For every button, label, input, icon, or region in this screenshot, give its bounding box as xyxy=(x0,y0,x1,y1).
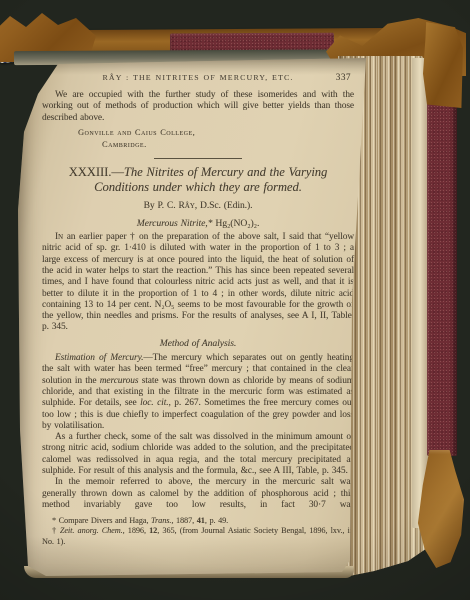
paragraph-lead: In xyxy=(55,232,63,242)
method-heading: Method of Analysis. xyxy=(42,338,354,349)
byline: By P. C. Rây, D.Sc. (Edin.). xyxy=(42,201,354,212)
section-divider xyxy=(154,158,242,159)
signature-block: Gonville and Caius College, Cambridge. xyxy=(42,127,354,151)
footnotes: * Compare Divers and Haga, Trans., 1887,… xyxy=(42,516,354,547)
book-page: RÂY : THE NITRITES OF MERCURY, ETC.337 W… xyxy=(16,54,368,578)
running-head-title: RÂY : THE NITRITES OF MERCURY, ETC. xyxy=(102,73,293,82)
page-number: 337 xyxy=(336,72,351,83)
byline-pre: By P. C. xyxy=(144,201,179,211)
book-cover-maroon-edge-right xyxy=(427,96,457,456)
byline-post: , D.Sc. (Edin.). xyxy=(195,201,253,211)
page-content: RÂY : THE NITRITES OF MERCURY, ETC.337 W… xyxy=(42,72,354,547)
author-name: Rây xyxy=(178,201,194,211)
footnote-1: * Compare Divers and Haga, Trans., 1887,… xyxy=(42,516,354,526)
chemical-formula: Hg₂(NO₂)₂. xyxy=(215,218,259,229)
footnote-1-volume: 41 xyxy=(197,516,205,525)
footnote-1-t1: * Compare Divers and Haga, xyxy=(52,516,151,525)
estimation-lead: Estimation of Mercury. xyxy=(55,353,143,363)
estimation-it1: mercurous xyxy=(100,376,139,386)
footnote-1-t2: 1887, xyxy=(173,516,196,525)
footnote-2-t1: † xyxy=(52,526,60,535)
footnote-2-t2: 1896, xyxy=(125,526,150,535)
footnote-2-journal: Zeit. anorg. Chem., xyxy=(60,526,125,535)
book-photo: RÂY : THE NITRITES OF MERCURY, ETC.337 W… xyxy=(0,0,470,600)
signature-college: Gonville and Caius College, xyxy=(78,127,354,138)
running-head: RÂY : THE NITRITES OF MERCURY, ETC.337 xyxy=(42,72,354,83)
footnote-2: † Zeit. anorg. Chem., 1896, 12, 365, (fr… xyxy=(42,526,354,546)
paragraph-intro: In an earlier paper † on the preparation… xyxy=(42,232,354,334)
endpaper-edge xyxy=(412,58,428,528)
signature-city: Cambridge. xyxy=(102,139,354,150)
paragraph-check: As a further check, some of the salt was… xyxy=(42,432,354,477)
article-title-text: The Nitrites of Mercury and the Varying … xyxy=(94,165,327,194)
footnote-1-t3: , p. 49. xyxy=(205,516,228,525)
article-number: XXXIII.— xyxy=(69,165,124,179)
footnote-1-journal: Trans., xyxy=(151,516,173,525)
leather-corner-top-right xyxy=(423,22,463,108)
paragraph-intro-text: an earlier paper † on the preparation of… xyxy=(42,232,354,332)
paragraph-yields: We are occupied with the further study o… xyxy=(42,90,354,124)
paragraph-memoir: In the memoir referred to above, the mer… xyxy=(42,477,354,511)
compound-name: Mercurous Nitrite,* xyxy=(137,218,213,229)
section-subhead: Mercurous Nitrite,*Hg₂(NO₂)₂. xyxy=(42,218,354,229)
paragraph-estimation: Estimation of Mercury.—The mercury which… xyxy=(42,353,354,432)
article-title: XXXIII.—The Nitrites of Mercury and the … xyxy=(56,165,340,195)
estimation-it2: loc. cit., xyxy=(140,398,171,408)
